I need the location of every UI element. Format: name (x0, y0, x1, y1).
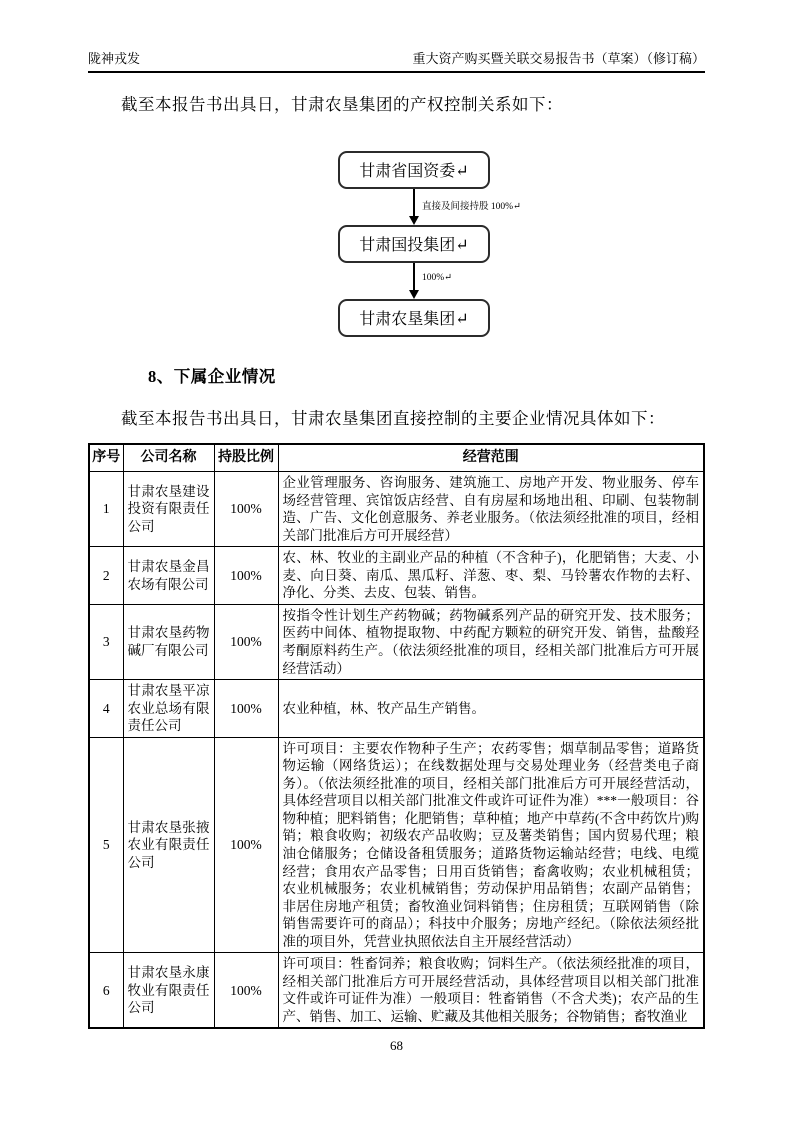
cell-seq: 6 (89, 953, 123, 1029)
org-chart-edge-2-label: 100%↵ (422, 272, 452, 283)
org-chart-edge-2: 100%↵ (338, 263, 490, 299)
cell-seq: 5 (89, 737, 123, 953)
table-row: 3 甘肃农垦药物碱厂有限公司 100% 按指令性计划生产药物碱；药物碱系列产品的… (89, 604, 704, 679)
connector-line (413, 263, 415, 291)
col-header-company: 公司名称 (123, 444, 214, 472)
table-row: 6 甘肃农垦永康牧业有限责任公司 100% 许可项目：牲畜饲养；粮食收购；饲料生… (89, 953, 704, 1029)
col-header-seq: 序号 (89, 444, 123, 472)
page-number: 68 (0, 1038, 793, 1054)
header-left-text: 陇神戎发 (88, 48, 140, 67)
org-chart-node-label: 甘肃省国资委↵ (359, 158, 468, 181)
arrow-down-icon (409, 290, 419, 299)
table-header-row: 序号 公司名称 持股比例 经营范围 (89, 444, 704, 472)
subsidiaries-table: 序号 公司名称 持股比例 经营范围 1 甘肃农垦建设投资有限责任公司 100% … (88, 443, 705, 1030)
org-chart-node-gansu-guotou: 甘肃国投集团↵ (338, 225, 490, 263)
cell-company: 甘肃农垦建设投资有限责任公司 (123, 472, 214, 547)
cell-company: 甘肃农垦张掖农业有限责任公司 (123, 737, 214, 953)
table-row: 1 甘肃农垦建设投资有限责任公司 100% 企业管理服务、咨询服务、建筑施工、房… (89, 472, 704, 547)
table-row: 2 甘肃农垦金昌农场有限公司 100% 农、林、牧业的主副业产品的种植（不含种子… (89, 547, 704, 605)
table-intro-paragraph: 截至本报告书出具日，甘肃农垦集团直接控制的主要企业情况具体如下： (88, 407, 705, 431)
header-right-text: 重大资产购买暨关联交易报告书（草案）（修订稿） (412, 48, 705, 67)
cell-ratio: 100% (214, 737, 278, 953)
document-page: 陇神戎发 重大资产购买暨关联交易报告书（草案）（修订稿） 截至本报告书出具日，甘… (0, 0, 793, 1122)
table-row: 5 甘肃农垦张掖农业有限责任公司 100% 许可项目：主要农作物种子生产；农药零… (89, 737, 704, 953)
cell-scope: 许可项目：牲畜饲养；粮食收购；饲料生产。（依法须经批准的项目，经相关部门批准后方… (278, 953, 704, 1029)
table-row: 4 甘肃农垦平凉农业总场有限责任公司 100% 农业种植，林、牧产品生产销售。 (89, 680, 704, 738)
cell-company: 甘肃农垦永康牧业有限责任公司 (123, 953, 214, 1029)
col-header-scope: 经营范围 (278, 444, 704, 472)
cell-seq: 1 (89, 472, 123, 547)
cell-company: 甘肃农垦金昌农场有限公司 (123, 547, 214, 605)
org-chart: 甘肃省国资委↵ 直接及间接持股 100%↵ 甘肃国投集团↵ 100%↵ 甘肃农垦… (338, 151, 490, 337)
cell-seq: 2 (89, 547, 123, 605)
cell-scope: 按指令性计划生产药物碱；药物碱系列产品的研究开发、技术服务；医药中间体、植物提取… (278, 604, 704, 679)
cell-scope: 企业管理服务、咨询服务、建筑施工、房地产开发、物业服务、停车场经营管理、宾馆饭店… (278, 472, 704, 547)
connector-line (413, 189, 415, 217)
section-heading: 8、下属企业情况 (88, 363, 705, 387)
org-chart-node-gansu-nongken: 甘肃农垦集团↵ (338, 299, 490, 337)
cell-ratio: 100% (214, 953, 278, 1029)
cell-ratio: 100% (214, 472, 278, 547)
page-header: 陇神戎发 重大资产购买暨关联交易报告书（草案）（修订稿） (88, 48, 705, 73)
cell-scope: 农、林、牧业的主副业产品的种植（不含种子)，化肥销售；大麦、小麦、向日葵、南瓜、… (278, 547, 704, 605)
cell-seq: 3 (89, 604, 123, 679)
org-chart-node-label: 甘肃农垦集团↵ (359, 306, 468, 329)
cell-ratio: 100% (214, 604, 278, 679)
col-header-ratio: 持股比例 (214, 444, 278, 472)
cell-scope: 农业种植，林、牧产品生产销售。 (278, 680, 704, 738)
arrow-down-icon (409, 216, 419, 225)
org-chart-node-label: 甘肃国投集团↵ (359, 232, 468, 255)
org-chart-edge-1-label: 直接及间接持股 100%↵ (422, 198, 521, 212)
cell-ratio: 100% (214, 680, 278, 738)
org-chart-node-gansu-sasac: 甘肃省国资委↵ (338, 151, 490, 189)
cell-company: 甘肃农垦平凉农业总场有限责任公司 (123, 680, 214, 738)
cell-company: 甘肃农垦药物碱厂有限公司 (123, 604, 214, 679)
org-chart-edge-1: 直接及间接持股 100%↵ (338, 189, 490, 225)
cell-seq: 4 (89, 680, 123, 738)
intro-paragraph: 截至本报告书出具日，甘肃农垦集团的产权控制关系如下： (88, 93, 705, 117)
cell-ratio: 100% (214, 547, 278, 605)
cell-scope: 许可项目：主要农作物种子生产；农药零售；烟草制品零售；道路货物运输（网络货运）；… (278, 737, 704, 953)
